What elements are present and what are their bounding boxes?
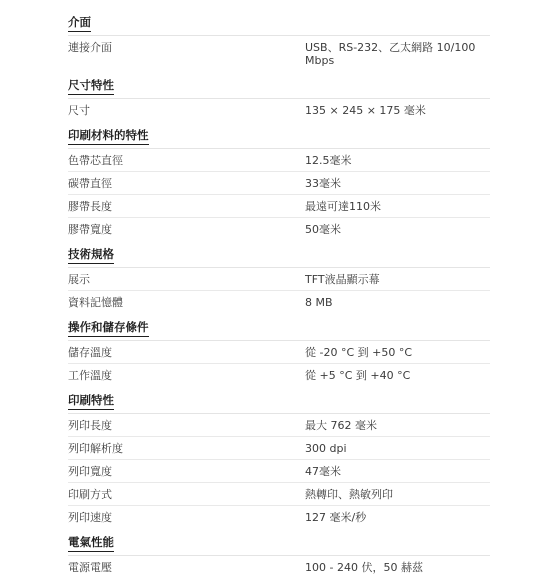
spec-row: 膠帶長度 最遠可達110米 [68, 195, 490, 218]
spec-row: 色帶芯直徑 12.5毫米 [68, 149, 490, 172]
spec-label: 資料記憶體 [68, 296, 305, 309]
spec-value: 47毫米 [305, 465, 490, 478]
section-title: 尺寸特性 [68, 78, 114, 95]
section-header: 印刷材料的特性 [68, 123, 490, 149]
spec-label: 膠帶寬度 [68, 223, 305, 236]
spec-label: 列印寬度 [68, 465, 305, 478]
spec-value: 127 毫米/秒 [305, 511, 490, 524]
section-header: 技術規格 [68, 242, 490, 268]
spec-row: 列印速度 127 毫米/秒 [68, 506, 490, 528]
spec-label: 膠帶長度 [68, 200, 305, 213]
spec-row: 列印長度 最大 762 毫米 [68, 414, 490, 437]
section-rows: 儲存溫度 從 -20 °C 到 +50 °C 工作溫度 從 +5 °C 到 +4… [68, 341, 490, 386]
spec-label: 色帶芯直徑 [68, 154, 305, 167]
spec-section: 印刷特性 列印長度 最大 762 毫米 列印解析度 300 dpi 列印寬度 4… [68, 388, 490, 528]
spec-row: 列印寬度 47毫米 [68, 460, 490, 483]
section-header: 印刷特性 [68, 388, 490, 414]
spec-value: 300 dpi [305, 442, 490, 455]
spec-value: TFT液晶顯示幕 [305, 273, 490, 286]
spec-label: 印刷方式 [68, 488, 305, 501]
spec-row: 儲存溫度 從 -20 °C 到 +50 °C [68, 341, 490, 364]
spec-section: 電氣性能 電源電壓 100 - 240 伏，50 赫茲 [68, 530, 490, 555]
spec-section: 介面 連接介面 USB、RS-232、乙太網路 10/100 Mbps [68, 10, 490, 71]
section-header: 操作和儲存條件 [68, 315, 490, 341]
spec-value: 135 × 245 × 175 毫米 [305, 104, 490, 117]
spec-row: 碳帶直徑 33毫米 [68, 172, 490, 195]
spec-value: 從 +5 °C 到 +40 °C [305, 369, 490, 382]
section-title: 技術規格 [68, 247, 114, 264]
spec-value: 熱轉印、熱敏列印 [305, 488, 490, 501]
spec-section: 技術規格 展示 TFT液晶顯示幕 資料記憶體 8 MB [68, 242, 490, 313]
section-rows: 色帶芯直徑 12.5毫米 碳帶直徑 33毫米 膠帶長度 最遠可達110米 膠帶寬… [68, 149, 490, 240]
spec-row: 工作溫度 從 +5 °C 到 +40 °C [68, 364, 490, 386]
spec-section: 印刷材料的特性 色帶芯直徑 12.5毫米 碳帶直徑 33毫米 膠帶長度 最遠可達… [68, 123, 490, 240]
spec-section: 操作和儲存條件 儲存溫度 從 -20 °C 到 +50 °C 工作溫度 從 +5… [68, 315, 490, 386]
spec-label: 列印速度 [68, 511, 305, 524]
spec-value: USB、RS-232、乙太網路 10/100 Mbps [305, 41, 490, 67]
spec-row: 列印解析度 300 dpi [68, 437, 490, 460]
section-title: 印刷特性 [68, 393, 114, 410]
spec-label: 列印長度 [68, 419, 305, 432]
section-title: 操作和儲存條件 [68, 320, 149, 337]
spec-value: 最大 762 毫米 [305, 419, 490, 432]
spec-label: 碳帶直徑 [68, 177, 305, 190]
section-rows: 尺寸 135 × 245 × 175 毫米 [68, 99, 490, 121]
spec-value: 33毫米 [305, 177, 490, 190]
spec-label: 尺寸 [68, 104, 305, 117]
spec-label: 列印解析度 [68, 442, 305, 455]
spec-row: 展示 TFT液晶顯示幕 [68, 268, 490, 291]
spec-value: 12.5毫米 [305, 154, 490, 167]
spec-row: 資料記憶體 8 MB [68, 291, 490, 313]
section-header: 介面 [68, 10, 490, 36]
spec-label: 展示 [68, 273, 305, 286]
section-title: 介面 [68, 15, 91, 32]
spec-section: 尺寸特性 尺寸 135 × 245 × 175 毫米 [68, 73, 490, 121]
spec-row: 連接介面 USB、RS-232、乙太網路 10/100 Mbps [68, 36, 490, 71]
spec-label: 儲存溫度 [68, 346, 305, 359]
spec-row: 印刷方式 熱轉印、熱敏列印 [68, 483, 490, 506]
spec-row: 尺寸 135 × 245 × 175 毫米 [68, 99, 490, 121]
section-header: 電氣性能 [68, 530, 490, 555]
spec-value: 從 -20 °C 到 +50 °C [305, 346, 490, 359]
section-header: 尺寸特性 [68, 73, 490, 99]
spec-label: 連接介面 [68, 41, 305, 54]
section-rows: 列印長度 最大 762 毫米 列印解析度 300 dpi 列印寬度 47毫米 印… [68, 414, 490, 528]
section-title: 印刷材料的特性 [68, 128, 149, 145]
spec-row: 膠帶寬度 50毫米 [68, 218, 490, 240]
spec-value: 8 MB [305, 296, 490, 309]
section-title: 電氣性能 [68, 535, 114, 552]
section-rows: 連接介面 USB、RS-232、乙太網路 10/100 Mbps [68, 36, 490, 71]
spec-table: 介面 連接介面 USB、RS-232、乙太網路 10/100 Mbps 尺寸特性… [68, 8, 490, 555]
spec-value: 最遠可達110米 [305, 200, 490, 213]
spec-value: 50毫米 [305, 223, 490, 236]
section-rows: 展示 TFT液晶顯示幕 資料記憶體 8 MB [68, 268, 490, 313]
spec-label: 工作溫度 [68, 369, 305, 382]
